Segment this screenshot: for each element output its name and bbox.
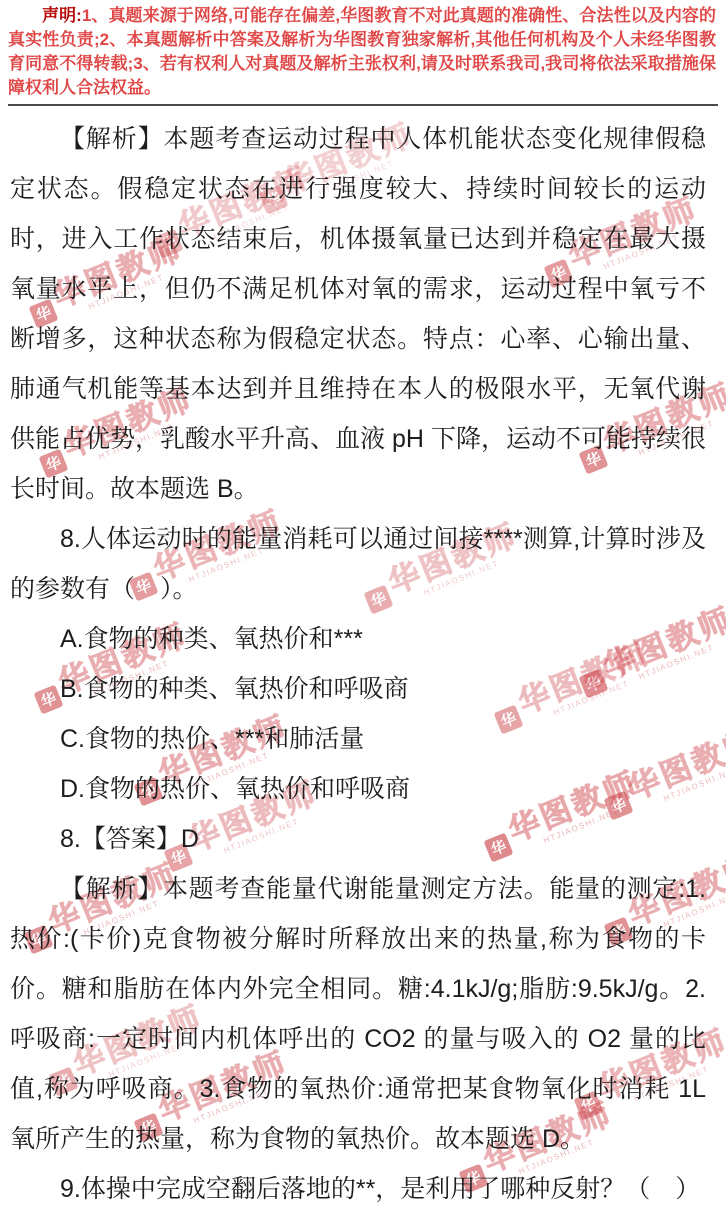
- question-8-option-a: A.食物的种类、氧热价和***: [10, 614, 706, 664]
- question-9-stem: 9.体操中完成空翻后落地的**，是利用了哪种反射？（ ）: [10, 1164, 706, 1214]
- exam-solution-page: 华华图教师HTJIAOSHI.NET华华图教师HTJIAOSHI.NET华华图教…: [0, 0, 726, 1221]
- solution-body: 【解析】本题考查运动过程中人体机能状态变化规律假稳定状态。假稳定状态在进行强度较…: [0, 106, 726, 1214]
- question-8-option-d: D.食物的热价、氧热价和呼吸商: [10, 764, 706, 814]
- question-8-option-b: B.食物的种类、氧热价和呼吸商: [10, 664, 706, 714]
- answer-8: 8.【答案】D: [10, 814, 706, 864]
- question-8-option-c: C.食物的热价、***和肺活量: [10, 714, 706, 764]
- disclaimer-notice: 声明:1、真题来源于网络,可能存在偏差,华图教育不对此真题的准确性、合法性以及内…: [8, 4, 716, 100]
- disclaimer-text: 1、真题来源于网络,可能存在偏差,华图教育不对此真题的准确性、合法性以及内容的真…: [8, 6, 716, 97]
- question-8-stem: 8.人体运动时的能量消耗可以通过间接****测算,计算时涉及的参数有（ ）。: [10, 514, 706, 614]
- analysis-paragraph-q7: 【解析】本题考查运动过程中人体机能状态变化规律假稳定状态。假稳定状态在进行强度较…: [10, 114, 706, 514]
- disclaimer-label: 声明:: [42, 6, 82, 25]
- analysis-paragraph-q8: 【解析】本题考查能量代谢能量测定方法。能量的测定:1.热价:(卡价)克食物被分解…: [10, 864, 706, 1164]
